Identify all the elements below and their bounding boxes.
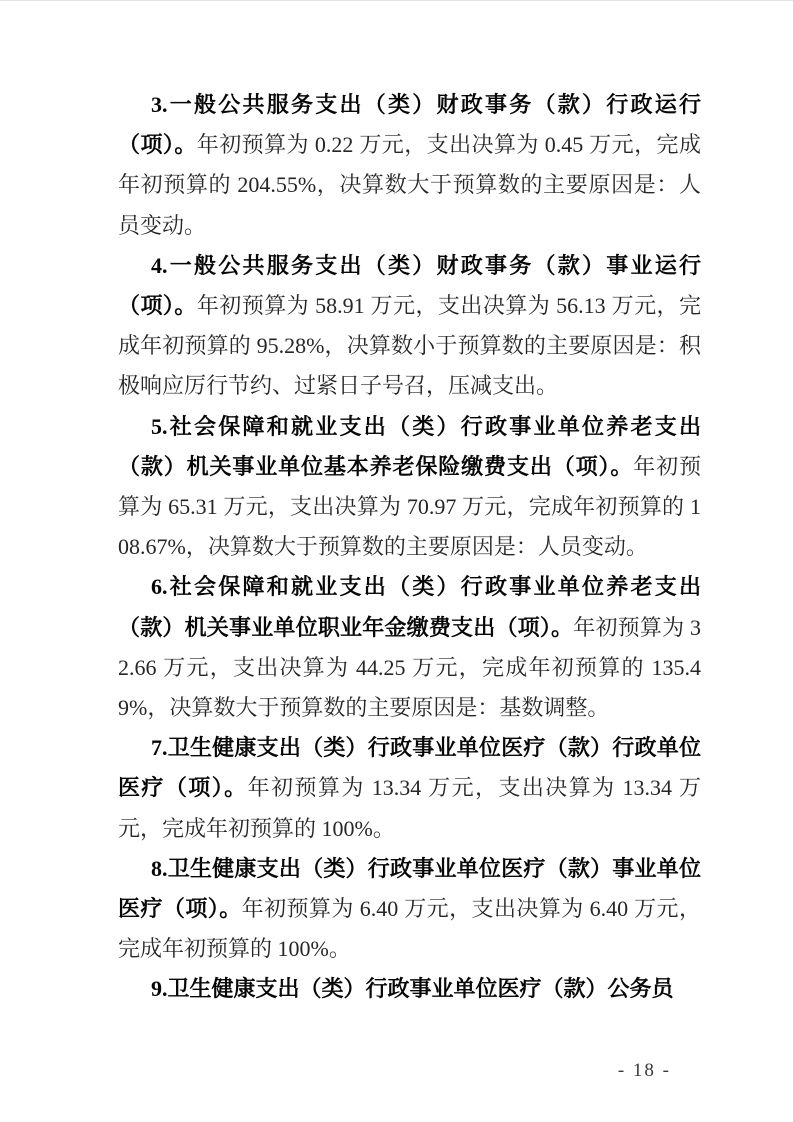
paragraph-heading: 9.卫生健康支出（类）行政事业单位医疗（款）公务员 [151, 976, 674, 1001]
paragraph-item-8: 8.卫生健康支出（类）行政事业单位医疗（款）事业单位医疗（项）。年初预算为 6.… [118, 849, 701, 970]
paragraph-body: 年初预算为 0.22 万元，支出决算为 0.45 万元，完成年初预算的 204.… [118, 132, 701, 237]
paragraph-item-5: 5.社会保障和就业支出（类）行政事业单位养老支出（款）机关事业单位基本养老保险缴… [118, 407, 701, 568]
page-number: - 18 - [618, 1059, 671, 1083]
document-page: 3.一般公共服务支出（类）财政事务（款）行政运行（项）。年初预算为 0.22 万… [0, 0, 793, 1122]
paragraph-body: 年初预算为 58.91 万元，支出决算为 56.13 万元，完成年初预算的 95… [118, 293, 701, 398]
paragraph-heading: 5.社会保障和就业支出（类）行政事业单位养老支出（款）机关事业单位基本养老保险缴… [118, 414, 701, 479]
paragraph-item-6: 6.社会保障和就业支出（类）行政事业单位养老支出（款）机关事业单位职业年金缴费支… [118, 567, 701, 728]
paragraph-item-9: 9.卫生健康支出（类）行政事业单位医疗（款）公务员 [118, 969, 701, 1009]
document-body: 3.一般公共服务支出（类）财政事务（款）行政运行（项）。年初预算为 0.22 万… [118, 85, 701, 1010]
paragraph-item-7: 7.卫生健康支出（类）行政事业单位医疗（款）行政单位医疗（项）。年初预算为 13… [118, 728, 701, 849]
paragraph-item-3: 3.一般公共服务支出（类）财政事务（款）行政运行（项）。年初预算为 0.22 万… [118, 85, 701, 246]
paragraph-item-4: 4.一般公共服务支出（类）财政事务（款）事业运行（项）。年初预算为 58.91 … [118, 246, 701, 407]
